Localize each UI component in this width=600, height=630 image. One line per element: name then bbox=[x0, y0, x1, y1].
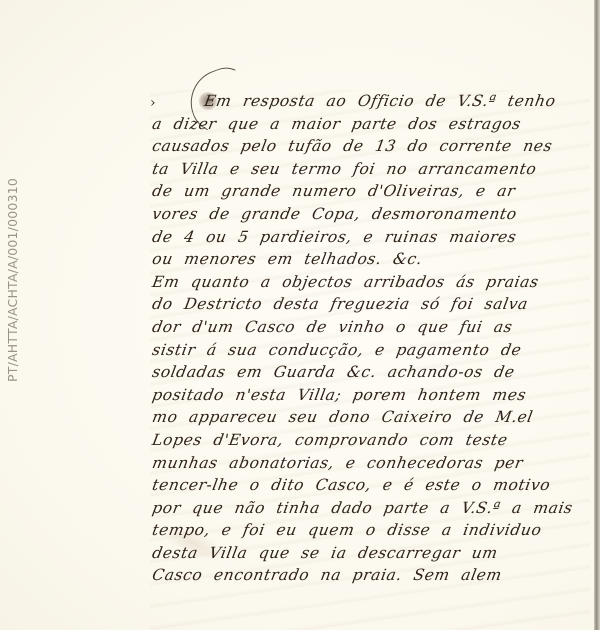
text-line-15: mo appareceu seu dono Caixeiro de M.el bbox=[150, 408, 599, 431]
text-line-6: vores de grande Copa, desmoronamento bbox=[150, 205, 599, 228]
text-line-5: de um grande numero d'Oliveiras, e ar bbox=[150, 182, 599, 205]
text-line-10: do Destricto desta freguezia só foi salv… bbox=[150, 295, 599, 318]
page-edge-shadow bbox=[594, 0, 600, 630]
text-line-4: ta Villa e seu termo foi no arrancamento bbox=[150, 160, 599, 183]
text-line-21: desta Villa que se ia descarregar um bbox=[150, 544, 599, 567]
manuscript-text: Em resposta ao Officio de V.S.ª tenho a … bbox=[150, 92, 595, 589]
text-line-22: Casco encontrado na praia. Sem alem bbox=[150, 566, 599, 589]
text-line-1: Em resposta ao Officio de V.S.ª tenho bbox=[150, 92, 599, 115]
text-line-18: tencer-lhe o dito Casco, e é este o moti… bbox=[150, 476, 599, 499]
text-line-16: Lopes d'Evora, comprovando com teste bbox=[150, 431, 599, 454]
text-line-8: ou menores em telhados. &c. bbox=[150, 250, 599, 273]
text-line-3: causados pelo tufão de 13 do corrente ne… bbox=[150, 137, 599, 160]
text-line-20: tempo, e foi eu quem o disse a individuo bbox=[150, 521, 599, 544]
margin-mark: › bbox=[150, 95, 156, 111]
archive-reference-number: PT/AHTTA/ACHTA/A/001/000310 bbox=[2, 145, 24, 415]
manuscript-page: PT/AHTTA/ACHTA/A/001/000310 Em resposta … bbox=[0, 0, 594, 630]
text-line-12: sistir á sua conducção, e pagamento de bbox=[150, 341, 599, 364]
text-line-9: Em quanto a objectos arribados ás praias bbox=[150, 273, 599, 296]
text-line-13: soldadas em Guarda &c. achando-os de bbox=[150, 363, 599, 386]
text-line-2: a dizer que a maior parte dos estragos bbox=[150, 115, 599, 138]
text-line-7: de 4 ou 5 pardieiros, e ruinas maiores bbox=[150, 228, 599, 251]
text-line-11: dor d'um Casco de vinho o que fui as bbox=[150, 318, 599, 341]
text-line-19: por que não tinha dado parte a V.S.ª a m… bbox=[150, 499, 599, 522]
text-line-17: munhas abonatorias, e conhecedoras per bbox=[150, 454, 599, 477]
text-line-14: positado n'esta Villa; porem hontem mes bbox=[150, 386, 599, 409]
